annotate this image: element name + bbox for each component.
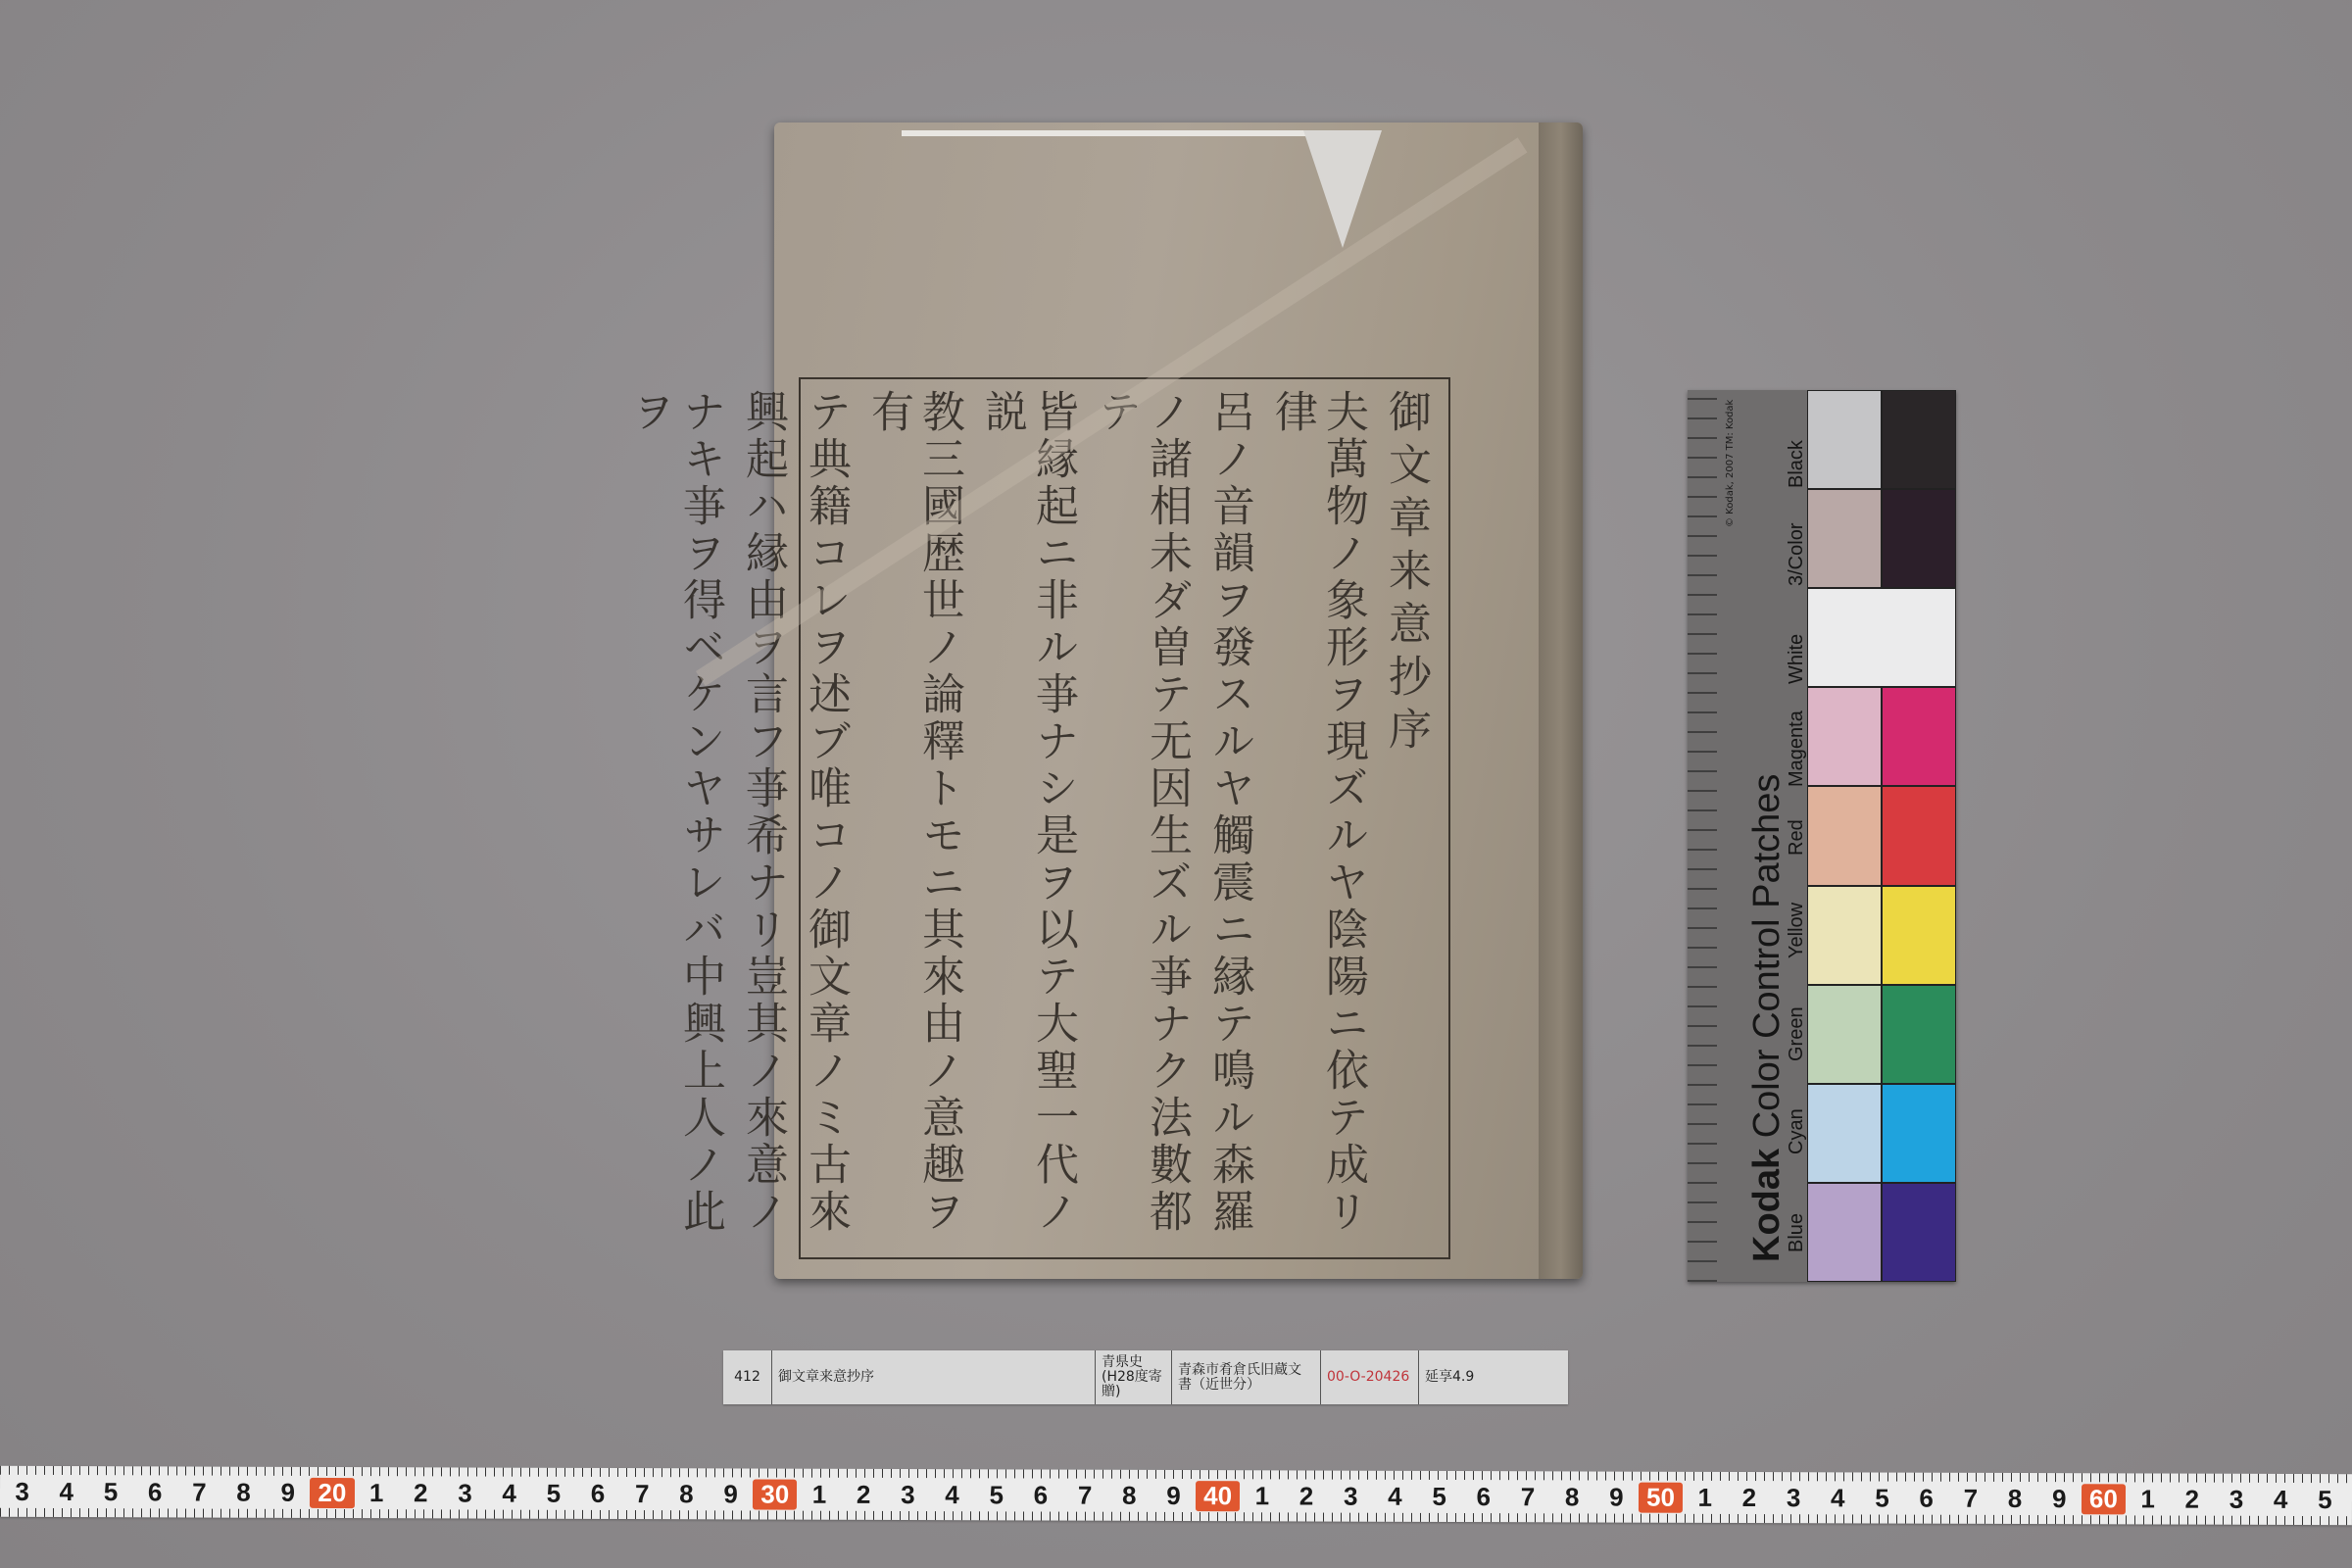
tape-number: 6 [1018, 1480, 1062, 1510]
tape-number: 4 [1816, 1483, 1860, 1513]
tape-number: 9 [709, 1479, 753, 1509]
tape-number: 3 [2214, 1484, 2258, 1514]
printed-text-frame: 御文章来意抄序 夫萬物ノ象形ヲ現ズルヤ陰陽ニ依テ成リ律 呂ノ音韻ヲ發スルヤ觸震ニ… [799, 377, 1450, 1259]
book-title-column: 御文章来意抄序 [1380, 389, 1431, 1248]
patch-cyan-dark [1882, 1084, 1956, 1183]
tape-number: 8 [1107, 1480, 1151, 1510]
tape-number: 6 [133, 1477, 177, 1507]
tape-number: 3 [0, 1476, 44, 1506]
catalog-source: 青県史(H28度寄贈) [1096, 1350, 1172, 1404]
patch-green-dark [1882, 985, 1956, 1084]
tape-number: 6 [1904, 1483, 1948, 1513]
tape-number: 1 [797, 1479, 841, 1509]
tape-number: 7 [620, 1479, 664, 1509]
chart-copyright: © Kodak, 2007 TM: Kodak [1725, 400, 1736, 527]
book-spine [1539, 122, 1583, 1279]
tape-number: 7 [1062, 1480, 1106, 1510]
text-column: ノ諸相未ダ曽テ无因生ズル亊ナク法數都テ [1090, 389, 1192, 1248]
tape-number: 6 [575, 1478, 619, 1508]
tape-number: 9 [266, 1477, 310, 1507]
tape-number: 1 [1683, 1482, 1727, 1512]
patch-label: White [1786, 634, 1808, 684]
patch-3color-light [1807, 489, 1882, 588]
tape-number: 2 [399, 1478, 443, 1508]
patch-label: Red [1786, 819, 1808, 856]
vertical-text-columns: 御文章来意抄序 夫萬物ノ象形ヲ現ズルヤ陰陽ニ依テ成リ律 呂ノ音韻ヲ發スルヤ觸震ニ… [818, 389, 1431, 1248]
tape-number: 7 [1948, 1483, 1992, 1513]
page-edges [902, 130, 1362, 136]
tape-number: 4 [44, 1476, 88, 1506]
tape-number: 20 [310, 1477, 354, 1507]
patch-black-light [1807, 390, 1882, 489]
catalog-date: 延享4.9 [1419, 1350, 1568, 1404]
text-column: ナキ亊ヲ得ベケンヤサレバ中興上人ノ此ヲ [623, 389, 725, 1248]
patch-label: Magenta [1786, 710, 1808, 787]
tape-number: 1 [354, 1478, 398, 1508]
catalog-collection: 青森市肴倉氏旧蔵文書（近世分） [1172, 1350, 1321, 1404]
tape-number: 4 [1373, 1481, 1417, 1511]
tape-number: 50 [1639, 1482, 1683, 1512]
patch-blue-dark [1882, 1183, 1956, 1282]
tape-number: 9 [2037, 1484, 2082, 1514]
tape-number: 9 [1151, 1480, 1196, 1510]
tape-number: 5 [531, 1478, 575, 1508]
tape-number: 3 [1771, 1483, 1815, 1513]
text-column: 興起ハ縁由ヲ言フ亊希ナリ豈其ノ來意ノ [737, 389, 788, 1248]
catalog-id: 00-O-20426 [1321, 1350, 1419, 1404]
tape-number: 4 [930, 1480, 974, 1510]
old-book: 御文章来意抄序 夫萬物ノ象形ヲ現ズルヤ陰陽ニ依テ成リ律 呂ノ音韻ヲ發スルヤ觸震ニ… [774, 122, 1583, 1279]
patch-black-dark [1882, 390, 1956, 489]
patch-label: 3/Color [1786, 523, 1808, 586]
tape-number: 8 [1992, 1483, 2036, 1513]
kodak-color-chart: © Kodak, 2007 TM: Kodak Kodak Color Cont… [1688, 390, 1956, 1282]
patch-magenta-dark [1882, 687, 1956, 786]
tape-number: 2 [842, 1479, 886, 1509]
color-patches [1807, 390, 1956, 1282]
chart-brand: Kodak Color Control Patches [1746, 774, 1788, 1262]
patch-label: Green [1786, 1006, 1808, 1061]
patch-red-light [1807, 786, 1882, 885]
tape-number: 1 [1240, 1481, 1284, 1511]
tape-number: 7 [1505, 1482, 1549, 1512]
tape-number: 8 [221, 1477, 266, 1507]
patch-magenta-light [1807, 687, 1882, 786]
tape-number: 2 [1727, 1482, 1771, 1512]
tape-number: 7 [177, 1477, 221, 1507]
tape-number: 4 [2259, 1484, 2303, 1514]
text-column: テ典籍コレヲ述ブ唯コノ御文章ノミ古來 [800, 389, 851, 1248]
kodak-logo: Kodak [1746, 1149, 1788, 1262]
tape-number: 3 [1329, 1481, 1373, 1511]
tape-number: 3 [443, 1478, 487, 1508]
ruler-ticks [1688, 390, 1717, 1282]
patch-yellow-light [1807, 886, 1882, 985]
tape-number: 1 [2126, 1484, 2170, 1514]
tape-number: 5 [88, 1477, 132, 1507]
tape-number: 3 [886, 1479, 930, 1509]
chart-scale: © Kodak, 2007 TM: Kodak Kodak Color Cont… [1688, 390, 1807, 1282]
tape-number: 6 [1461, 1482, 1505, 1512]
patch-label: Cyan [1786, 1108, 1808, 1154]
catalog-label: 412 御文章来意抄序 青県史(H28度寄贈) 青森市肴倉氏旧蔵文書（近世分） … [723, 1350, 1568, 1404]
patch-blue-light [1807, 1183, 1882, 1282]
measuring-tape: 3456789201234567893012345678940123456789… [0, 1466, 2352, 1525]
patch-red-dark [1882, 786, 1956, 885]
tape-number: 5 [2303, 1485, 2347, 1515]
patch-label: Yellow [1786, 903, 1808, 958]
text-column: 皆縁起ニ非ル亊ナシ是ヲ以テ大聖一代ノ説 [976, 389, 1078, 1248]
tape-number: 8 [1550, 1482, 1594, 1512]
patch-label: Black [1786, 440, 1808, 488]
text-column: 呂ノ音韻ヲ發スルヤ觸震ニ縁テ鳴ル森羅 [1203, 389, 1254, 1248]
patch-3color-dark [1882, 489, 1956, 588]
tape-number: 5 [1417, 1481, 1461, 1511]
catalog-number: 412 [723, 1350, 772, 1404]
patch-cyan-light [1807, 1084, 1882, 1183]
tape-number: 2 [2170, 1484, 2214, 1514]
patch-yellow-dark [1882, 886, 1956, 985]
tape-number: 4 [487, 1478, 531, 1508]
tape-number: 2 [1284, 1481, 1328, 1511]
patch-label: Blue [1786, 1213, 1808, 1252]
tape-number: 40 [1196, 1481, 1240, 1511]
tape-number: 5 [974, 1480, 1018, 1510]
tape-number: 5 [1860, 1483, 1904, 1513]
patch-white [1807, 588, 1956, 687]
tape-number: 30 [753, 1479, 797, 1509]
patch-green-light [1807, 985, 1882, 1084]
chart-name: Color Control Patches [1746, 774, 1788, 1139]
tape-number: 60 [2082, 1484, 2126, 1514]
tape-number: 8 [664, 1479, 709, 1509]
torn-cover-corner [1303, 130, 1382, 248]
catalog-title: 御文章来意抄序 [772, 1350, 1096, 1404]
tape-number: 9 [1594, 1482, 1639, 1512]
text-column: 夫萬物ノ象形ヲ現ズルヤ陰陽ニ依テ成リ律 [1266, 389, 1368, 1248]
